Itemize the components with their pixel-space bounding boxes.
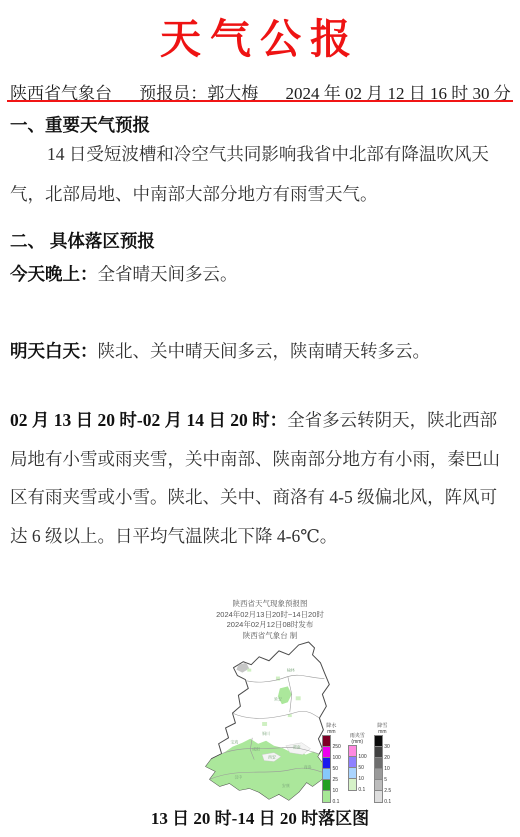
tonight-text: 全省晴天间多云。 bbox=[98, 264, 238, 284]
legend-value: 30 bbox=[384, 744, 390, 750]
legend-value: 10 bbox=[358, 776, 364, 782]
legend-bar-1: 雨夹雪(mm)10050100.1 bbox=[348, 733, 367, 791]
city-label: 榆林 bbox=[287, 668, 295, 673]
legend-bar-title: 降雪mm bbox=[374, 723, 391, 735]
legend-value: 25 bbox=[333, 777, 339, 783]
rain-speck-3 bbox=[262, 722, 267, 726]
city-label: 商洛 bbox=[304, 764, 312, 769]
city-label: 渭南 bbox=[293, 745, 301, 750]
map-titles: 陕西省天气现象预报图 2024年02月13日20时~14日20时 2024年02… bbox=[150, 599, 390, 641]
legend-value: 10 bbox=[384, 766, 390, 772]
legend-value: 100 bbox=[333, 755, 341, 761]
legend-value: 100 bbox=[358, 754, 366, 760]
red-divider bbox=[7, 100, 513, 102]
city-label: 咸阳 bbox=[252, 747, 260, 752]
map-legend: 降水mm2501005025100.1雨夹雪(mm)10050100.1降雪mm… bbox=[322, 723, 391, 803]
rain-speck-5 bbox=[247, 669, 251, 672]
legend-bar-title: 降水mm bbox=[322, 723, 341, 735]
city-label: 铜川 bbox=[262, 731, 270, 736]
city-label: 延安 bbox=[274, 696, 282, 701]
legend-value: 2.5 bbox=[384, 788, 391, 794]
city-label: 宝鸡 bbox=[230, 740, 238, 745]
legend-bar-2: 降雪mm30201052.50.1 bbox=[374, 723, 391, 803]
page-title: 天气公报 bbox=[0, 6, 520, 65]
legend-bar-0: 降水mm2501005025100.1 bbox=[322, 723, 341, 803]
period-paragraph: 02 月 13 日 20 时-02 月 14 日 20 时：全省多云转阴天，陕北… bbox=[10, 401, 510, 555]
city-label: 西安 bbox=[268, 755, 276, 760]
tonight-label: 今天晚上： bbox=[10, 264, 98, 284]
map-title-line3: 2024年02月12日08时发布 bbox=[150, 620, 390, 631]
tonight-paragraph: 今天晚上：全省晴天间多云。 bbox=[10, 254, 510, 294]
tomorrow-paragraph: 明天白天：陕北、关中晴天间多云，陕南晴天转多云。 bbox=[10, 331, 510, 371]
section2-heading: 二、 具体落区预报 bbox=[10, 228, 510, 253]
section1-body: 14 日受短波槽和冷空气共同影响我省中北部有降温吹风天气，北部局地、中南部大部分… bbox=[10, 134, 510, 214]
tomorrow-text: 陕北、关中晴天间多云，陕南晴天转多云。 bbox=[98, 341, 431, 361]
legend-color-cell bbox=[322, 790, 331, 803]
city-label: 汉中 bbox=[234, 774, 242, 779]
legend-bar-title: 雨夹雪(mm) bbox=[348, 733, 367, 745]
legend-value: 10 bbox=[333, 788, 339, 794]
legend-value: 0.1 bbox=[358, 787, 365, 793]
legend-value: 250 bbox=[333, 744, 341, 750]
forecast-map-figure: 陕西省天气现象预报图 2024年02月13日20时~14日20时 2024年02… bbox=[0, 597, 520, 809]
legend-value: 5 bbox=[384, 777, 387, 783]
rain-speck-2 bbox=[296, 696, 301, 700]
legend-color-cell bbox=[348, 778, 357, 791]
legend-value: 50 bbox=[358, 765, 364, 771]
figure-caption: 13 日 20 时-14 日 20 时落区图 bbox=[0, 804, 520, 829]
tomorrow-label: 明天白天： bbox=[10, 341, 98, 361]
legend-value: 50 bbox=[333, 766, 339, 772]
legend-value: 20 bbox=[384, 755, 390, 761]
period-label: 02 月 13 日 20 时-02 月 14 日 20 时： bbox=[10, 410, 287, 430]
legend-color-cell bbox=[374, 790, 383, 803]
map-title-line2: 2024年02月13日20时~14日20时 bbox=[150, 610, 390, 621]
period-text: 全省多云转阴天，陕北西部局地有小雪或雨夹雪，关中南部、陕南部分地方有小雨，秦巴山… bbox=[10, 410, 500, 546]
weather-bulletin-page: 天气公报 陕西省气象台 预报员：郭大梅 2024 年 02 月 12 日 16 … bbox=[0, 0, 520, 837]
map-title-line1: 陕西省天气现象预报图 bbox=[150, 599, 390, 610]
city-label: 安康 bbox=[282, 783, 290, 788]
